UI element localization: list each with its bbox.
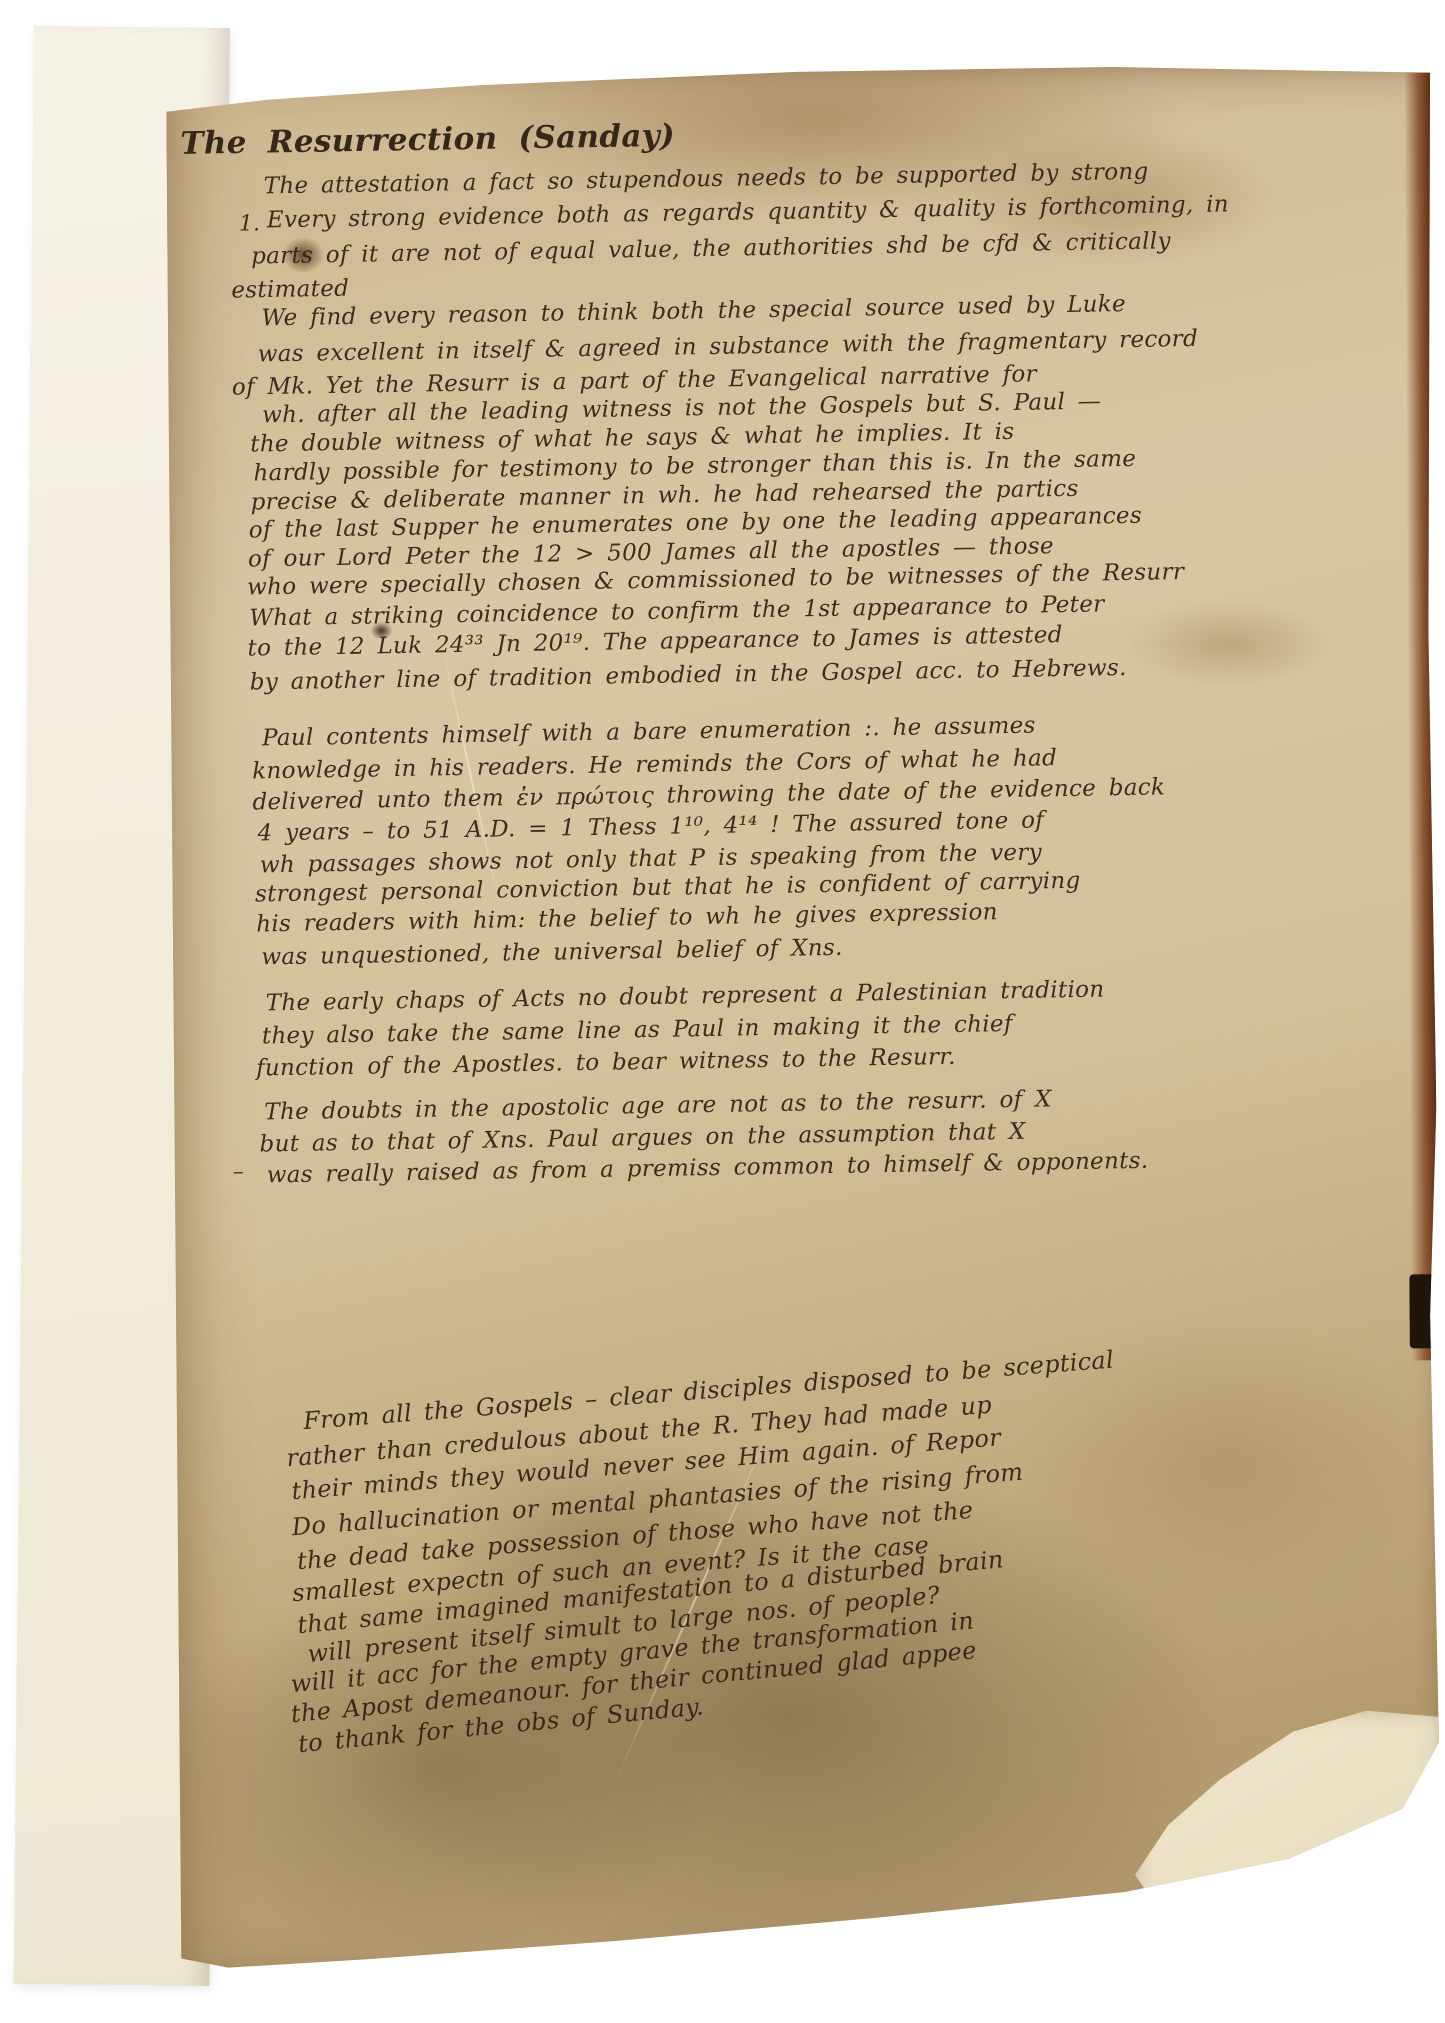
manuscript-line: was unquestioned, the universal belief o… xyxy=(261,935,843,971)
manuscript-line: The early chaps of Acts no doubt represe… xyxy=(265,977,1104,1017)
manuscript-line: The attestation a fact so stupendous nee… xyxy=(263,159,1148,200)
manuscript-line: function of the Apostles. to bear witnes… xyxy=(256,1044,956,1082)
manuscript-line: estimated xyxy=(231,276,349,304)
binding-dark-patch xyxy=(1409,1274,1435,1348)
manuscript-line: was excellent in itself & agreed in subs… xyxy=(258,326,1199,368)
book-spine-edge xyxy=(1404,68,1438,1360)
manuscript-photo: The Resurrection (Sanday) 1. – The attes… xyxy=(0,0,1445,2023)
manuscript-page: The Resurrection (Sanday) 1. – The attes… xyxy=(166,62,1442,1968)
manuscript-line: Paul contents himself with a bare enumer… xyxy=(262,713,1036,752)
manuscript-line: they also take the same line as Paul in … xyxy=(262,1011,1013,1049)
margin-mark: – xyxy=(233,1160,244,1185)
manuscript-line: Every strong evidence both as regards qu… xyxy=(267,191,1229,233)
margin-mark: 1. xyxy=(239,211,260,236)
manuscript-line: by another line of tradition embodied in… xyxy=(250,655,1127,696)
page-title: The Resurrection (Sanday) xyxy=(180,118,675,162)
manuscript-line: We find every reason to think both the s… xyxy=(261,291,1126,331)
torn-corner xyxy=(1134,1710,1441,1938)
manuscript-line: parts of it are not of equal value, the … xyxy=(251,228,1171,269)
